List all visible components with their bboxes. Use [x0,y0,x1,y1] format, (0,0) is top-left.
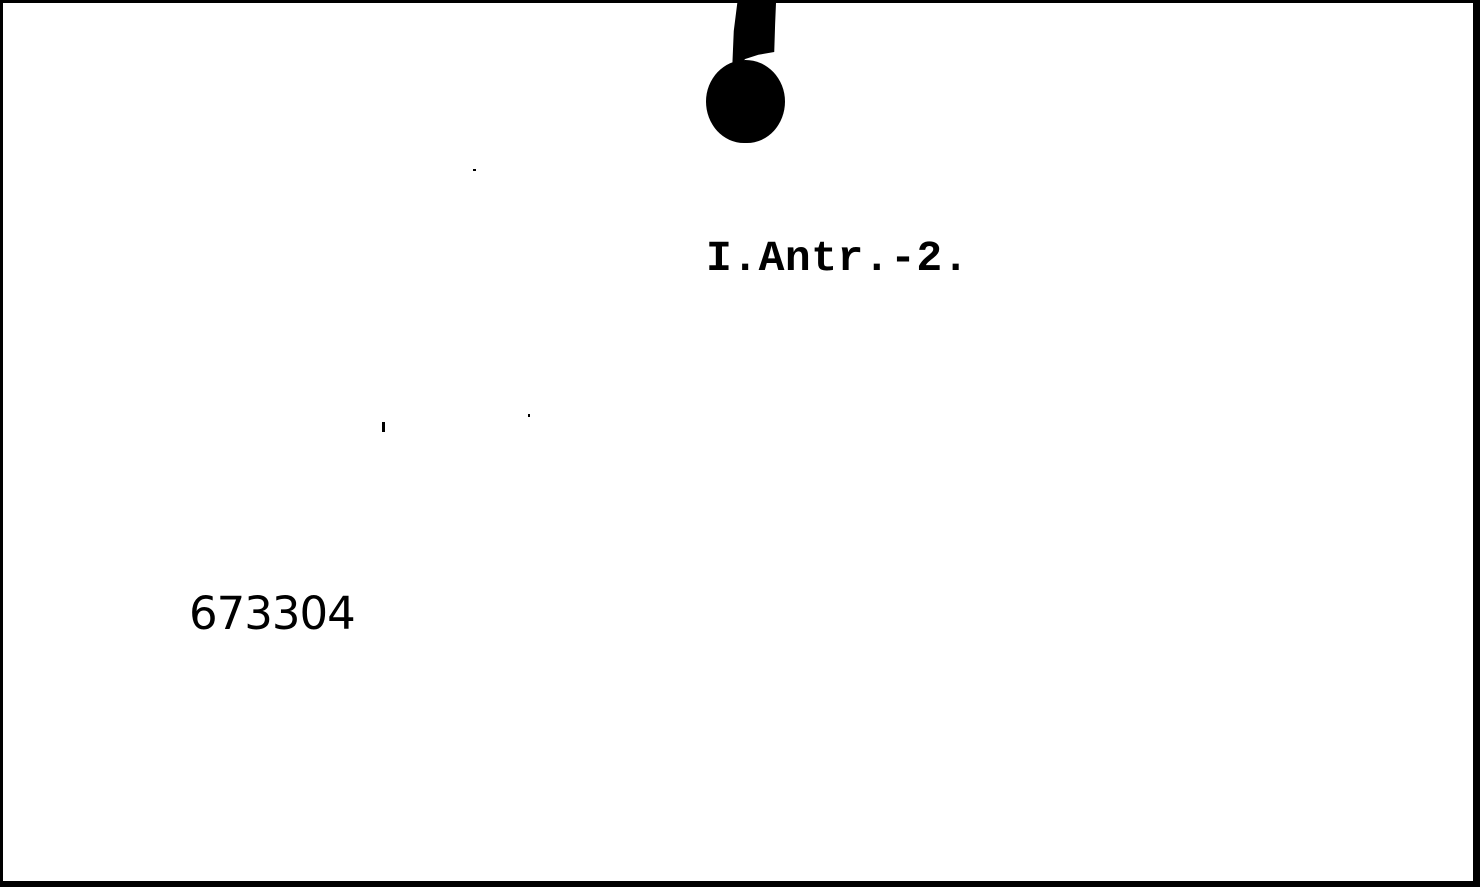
card-number: 673304 [189,591,355,636]
reference-code: I.Antr.-2. [706,237,969,280]
scan-edge-right [1475,0,1480,887]
scan-speck [528,414,530,417]
scan-speck [382,422,385,432]
scan-edge-bottom [0,882,1480,887]
punch-hole [706,60,785,143]
scan-speck [473,169,476,171]
index-card: I.Antr.-2. 673304 [3,3,1475,881]
